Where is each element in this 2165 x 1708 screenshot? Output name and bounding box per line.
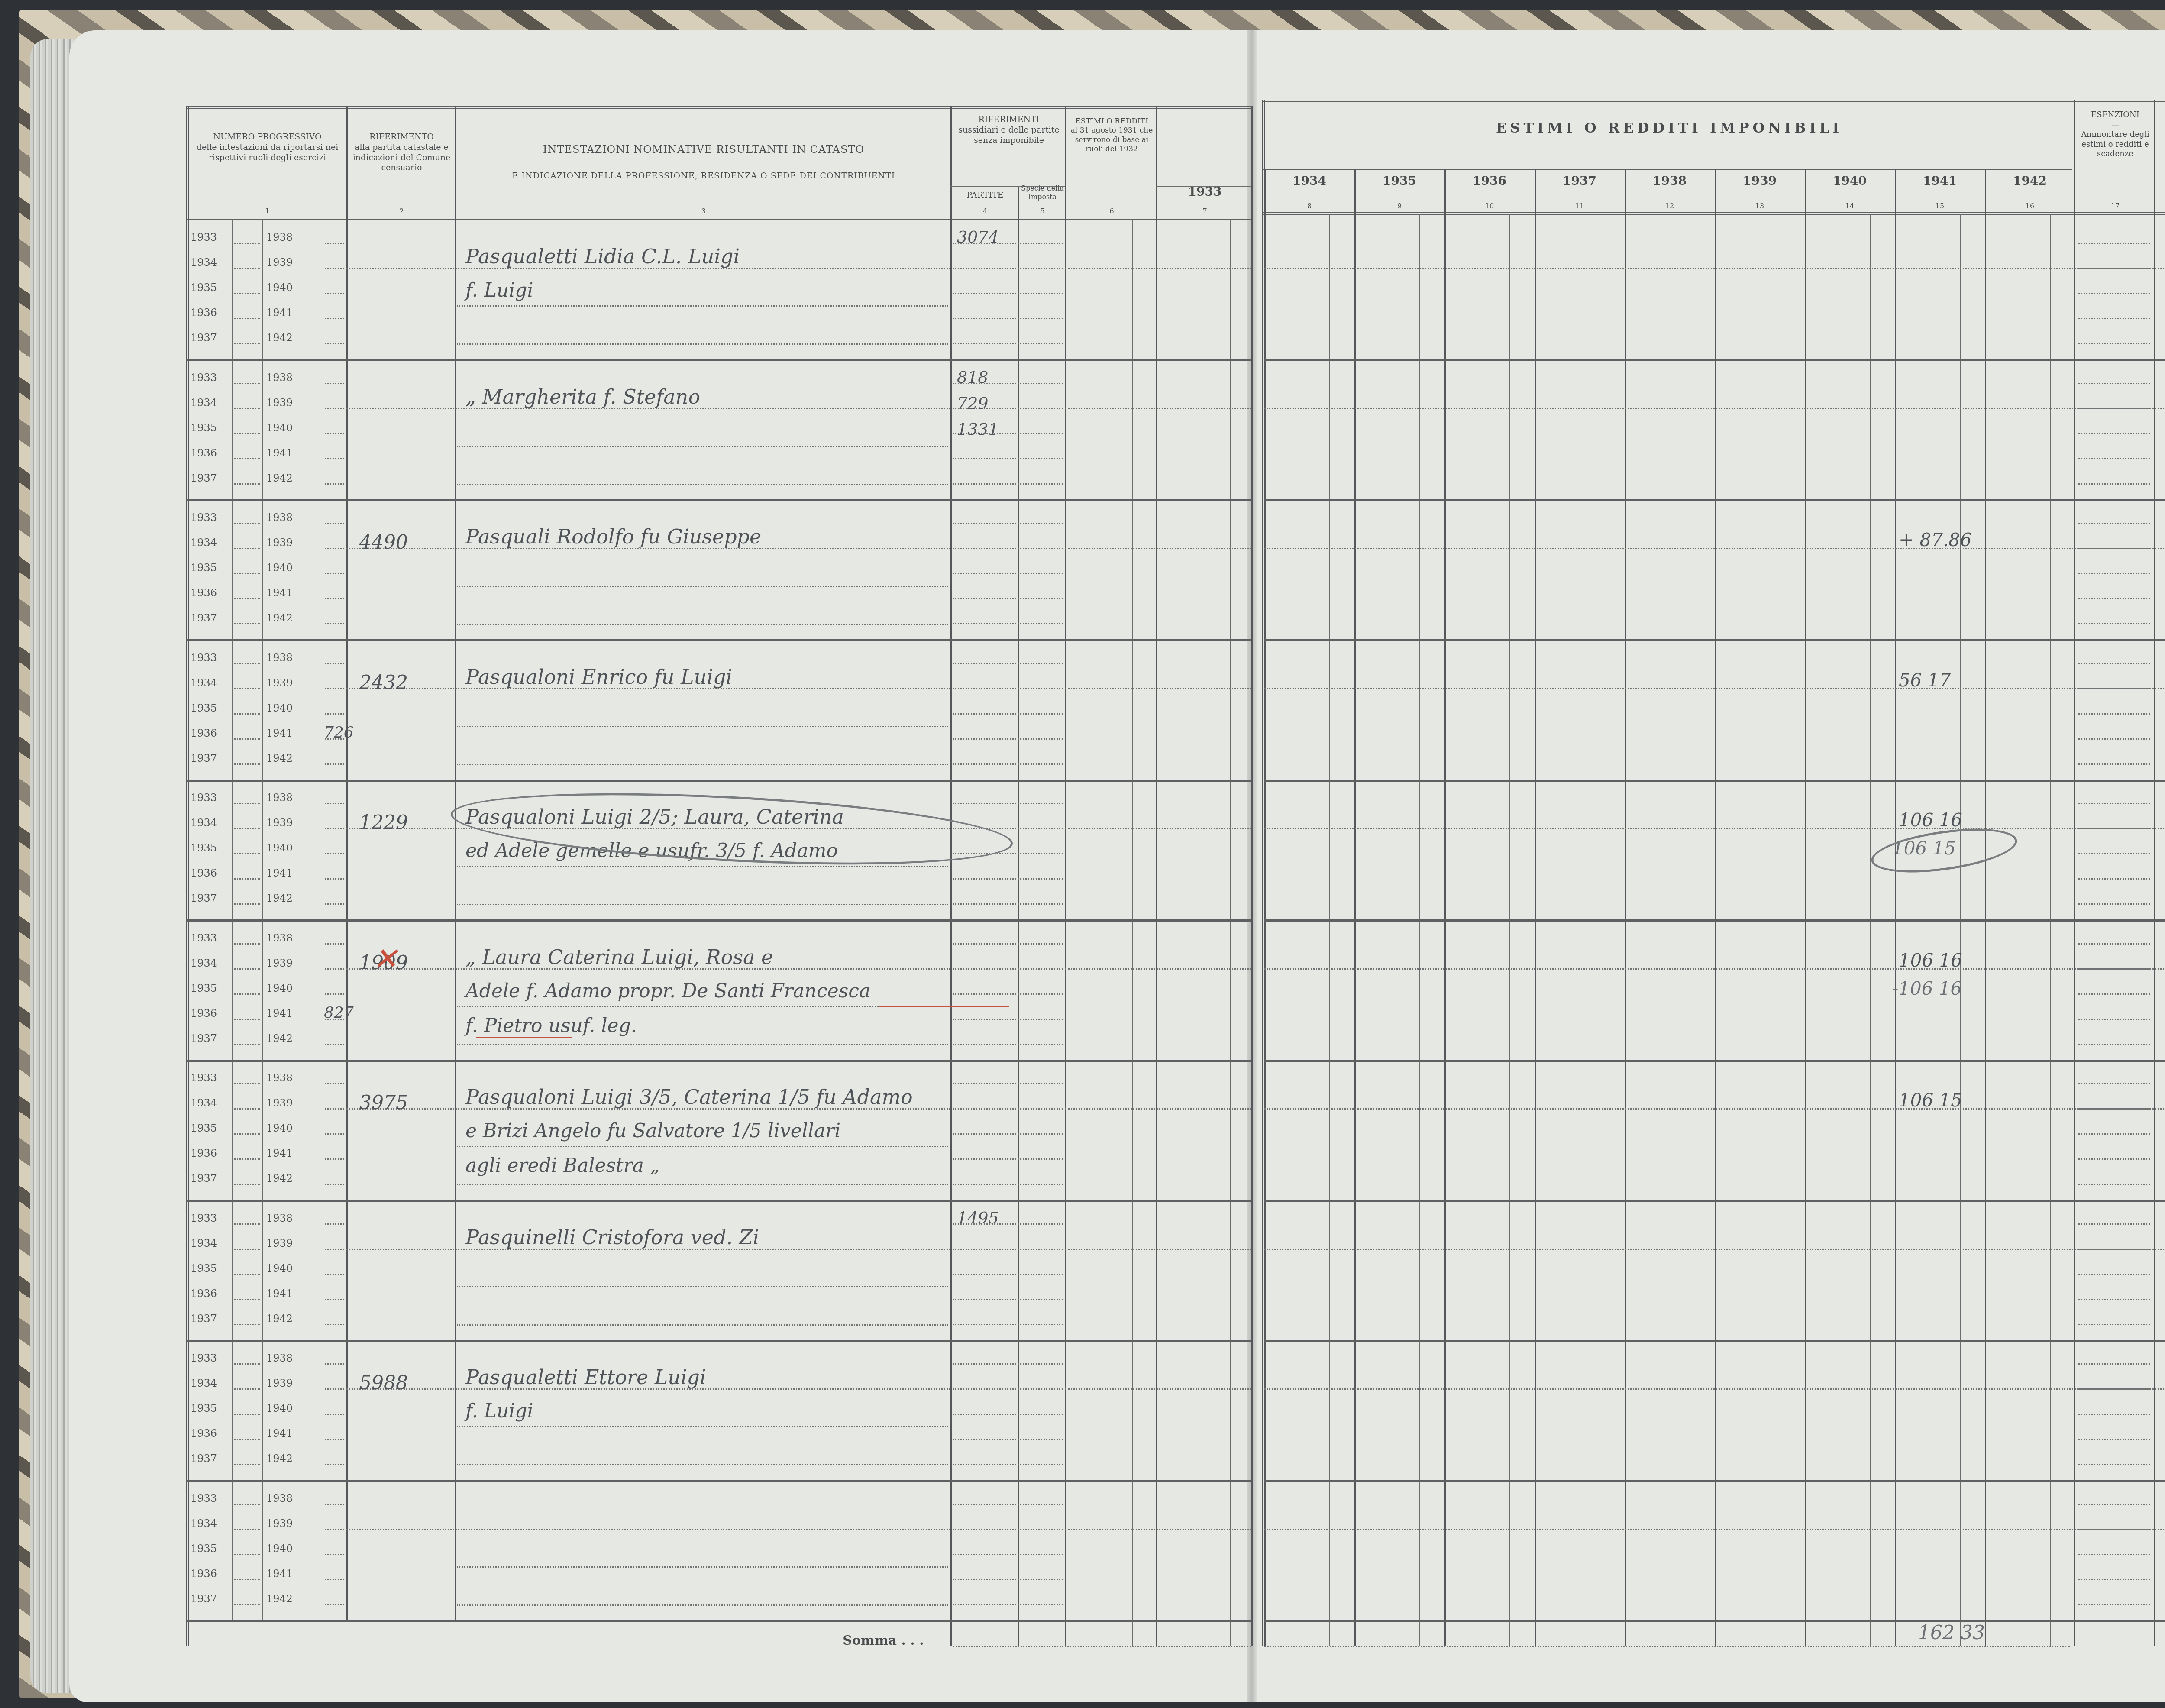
year-label: 1938: [266, 1352, 293, 1364]
year-label: 1939: [266, 1097, 293, 1109]
year-label: 1941: [266, 727, 293, 739]
year-label: 1940: [266, 1262, 293, 1275]
side-mark: 827: [324, 1004, 354, 1022]
year-label: 1935: [191, 1402, 217, 1414]
year-label: 1935: [191, 422, 217, 434]
year-header-1937: 1937: [1535, 173, 1625, 188]
col2-title: RIFERIMENTO: [349, 132, 455, 142]
year-label: 1937: [191, 1172, 217, 1184]
year-column-divider: [1264, 169, 1266, 1646]
owner-name-line3: f. Pietro usuf. leg.: [465, 1015, 637, 1037]
col6-subtitle: al 31 agosto 1931 che servirono di base …: [1067, 126, 1156, 154]
side-mark: 726: [324, 724, 354, 741]
owner-name-line2: f. Luigi: [465, 279, 533, 301]
year-label: 1941: [266, 447, 293, 459]
col3-number: 3: [457, 207, 950, 216]
year-column-divider: [1354, 169, 1356, 1646]
col45-header: RIFERIMENTI sussidiari e delle partite s…: [953, 115, 1065, 146]
year-column-divider: [1535, 169, 1536, 1646]
year-header-1942: 1942: [1985, 173, 2075, 188]
annotazioni-title: ANNOTAZIONI: [2156, 145, 2165, 158]
somma-1941-value: 162 33: [1918, 1622, 1985, 1644]
col5-title: Specie della Imposta: [1020, 184, 1065, 201]
red-strike: [879, 1006, 1009, 1007]
owner-name-line2: Adele f. Adamo propr. De Santi Francesca: [465, 980, 870, 1002]
annotazioni-number: 18: [2156, 202, 2165, 210]
year-label: 1941: [266, 867, 293, 879]
year-label: 1933: [191, 792, 217, 804]
year-header-1940: 1940: [1805, 173, 1895, 188]
year-column-number: 12: [1625, 202, 1715, 210]
esenzioni-number: 17: [2076, 202, 2154, 210]
year-label: 1936: [191, 1287, 217, 1300]
year-label: 1939: [266, 1377, 293, 1389]
year-label: 1941: [266, 307, 293, 319]
year-label: 1937: [191, 1593, 217, 1605]
year-label: 1942: [266, 612, 293, 624]
owner-name-line1: Pasqualoni Enrico fu Luigi: [465, 665, 732, 689]
year-header-1936: 1936: [1444, 173, 1535, 188]
year-label: 1934: [191, 397, 217, 409]
year-label: 1933: [191, 652, 217, 664]
esenzioni-subtitle: Ammontare degli estimi o redditi e scade…: [2076, 130, 2154, 159]
year-label: 1939: [266, 817, 293, 829]
year-label: 1939: [266, 537, 293, 549]
year-label: 1934: [191, 1377, 217, 1389]
year-label: 1940: [266, 281, 293, 294]
value-1941: 106 16: [1899, 809, 1962, 831]
year-label: 1934: [191, 1237, 217, 1249]
partita-number: 4490: [359, 531, 408, 553]
year-label: 1942: [266, 332, 293, 344]
year-label: 1938: [266, 932, 293, 944]
owner-name-line1: Pasqualetti Lidia C.L. Luigi: [465, 245, 740, 268]
year-label: 1937: [191, 472, 217, 484]
year-label: 1933: [191, 932, 217, 944]
red-strike: [476, 1037, 572, 1038]
year-label: 1939: [266, 1237, 293, 1249]
year-label: 1938: [266, 511, 293, 524]
year-label: 1941: [266, 1287, 293, 1300]
year-label: 1935: [191, 562, 217, 574]
cents-divider: [1690, 214, 1690, 1646]
year-label: 1936: [191, 587, 217, 599]
year-column-number: 15: [1895, 202, 1985, 210]
year-label: 1940: [266, 422, 293, 434]
year-column-number: 13: [1715, 202, 1805, 210]
value-1941: 106 16: [1899, 950, 1962, 971]
owner-name-line1: Pasquali Rodolfo fu Giuseppe: [465, 525, 761, 548]
somma-label: Somma . . .: [823, 1633, 944, 1649]
year-label: 1938: [266, 1492, 293, 1504]
year-label: 1933: [191, 1492, 217, 1504]
col6-title: ESTIMI O REDDITI: [1067, 117, 1156, 126]
col1-header: NUMERO PROGRESSIVO delle intestazioni da…: [188, 132, 346, 163]
year-label: 1937: [191, 1452, 217, 1465]
year-label: 1939: [266, 397, 293, 409]
cents-divider: [1600, 214, 1600, 1646]
year-label: 1938: [266, 652, 293, 664]
year-label: 1940: [266, 982, 293, 994]
value-1941: + 87.86: [1899, 529, 1972, 550]
year-label: 1934: [191, 256, 217, 268]
year-label: 1934: [191, 817, 217, 829]
col4-number: 4: [953, 207, 1018, 216]
year-label: 1936: [191, 1427, 217, 1440]
red-x-mark: ✕: [372, 941, 398, 977]
year-label: 1933: [191, 1212, 217, 1224]
year-label: 1933: [191, 372, 217, 384]
year-header-1935: 1935: [1354, 173, 1444, 188]
year-label: 1941: [266, 587, 293, 599]
right-page: [1254, 30, 2165, 1702]
col2-number: 2: [349, 207, 455, 216]
esenzioni-header: ESENZIONI — Ammontare degli estimi o red…: [2076, 110, 2154, 159]
col7-number: 7: [1158, 207, 1251, 216]
col3-subtitle: E INDICAZIONE DELLA PROFESSIONE, RESIDEN…: [457, 171, 950, 181]
year-label: 1934: [191, 537, 217, 549]
cents-divider: [1870, 214, 1871, 1646]
year-label: 1941: [266, 1007, 293, 1019]
year-label: 1942: [266, 1172, 293, 1184]
partita-number: 1229: [359, 812, 408, 834]
year-label: 1933: [191, 511, 217, 524]
year-column-number: 10: [1444, 202, 1535, 210]
year-label: 1936: [191, 447, 217, 459]
year-label: 1941: [266, 1427, 293, 1440]
year-label: 1942: [266, 1313, 293, 1325]
col2-header: RIFERIMENTO alla partita catastale e ind…: [349, 132, 455, 173]
year-label: 1933: [191, 1072, 217, 1084]
col1-title: NUMERO PROGRESSIVO: [188, 132, 346, 142]
year-header-1934: 1934: [1264, 173, 1354, 188]
value-1941: 56 17: [1899, 670, 1951, 691]
owner-name-line1: Pasqualoni Luigi 3/5, Caterina 1/5 fu Ad…: [465, 1085, 913, 1109]
year-column-divider: [1625, 169, 1626, 1646]
year-column-number: 8: [1264, 202, 1354, 210]
year-label: 1940: [266, 562, 293, 574]
col45-subtitle: sussidiari e delle partite senza imponib…: [953, 125, 1065, 146]
year-label: 1933: [191, 1352, 217, 1364]
year-label: 1935: [191, 982, 217, 994]
col4-title: PARTITE: [953, 191, 1018, 201]
year-label: 1937: [191, 752, 217, 764]
cents-divider: [2050, 214, 2051, 1646]
cents-divider: [1780, 214, 1780, 1646]
owner-name-line3: agli eredi Balestra „: [465, 1155, 660, 1177]
year-label: 1941: [266, 1568, 293, 1580]
year-label: 1935: [191, 1543, 217, 1555]
year-column-number: 16: [1985, 202, 2075, 210]
year-column-divider: [1444, 169, 1446, 1646]
year-label: 1935: [191, 702, 217, 714]
year-column-divider: [1985, 169, 1986, 1646]
year-label: 1942: [266, 892, 293, 904]
year-header-1939: 1939: [1715, 173, 1805, 188]
cents-divider: [1419, 214, 1420, 1646]
year-label: 1941: [266, 1147, 293, 1159]
year-label: 1937: [191, 1313, 217, 1325]
year-label: 1937: [191, 1032, 217, 1045]
cents-divider: [1329, 214, 1330, 1646]
year-label: 1936: [191, 307, 217, 319]
esenzioni-dash: —: [2076, 120, 2154, 130]
year-label: 1938: [266, 1072, 293, 1084]
partita-number: 5988: [359, 1372, 408, 1394]
col7-title: 1933: [1158, 184, 1251, 199]
year-label: 1942: [266, 1032, 293, 1045]
year-label: 1935: [191, 281, 217, 294]
col1-number: 1: [188, 207, 346, 216]
year-label: 1934: [191, 1517, 217, 1530]
year-label: 1937: [191, 892, 217, 904]
owner-name-line1: „ Laura Caterina Luigi, Rosa e: [465, 945, 773, 969]
year-label: 1933: [191, 231, 217, 243]
year-label: 1937: [191, 332, 217, 344]
year-label: 1935: [191, 842, 217, 854]
year-column-number: 14: [1805, 202, 1895, 210]
year-label: 1938: [266, 372, 293, 384]
esenzioni-title: ESENZIONI: [2076, 110, 2154, 120]
col45-title: RIFERIMENTI: [953, 115, 1065, 125]
col6-header: ESTIMI O REDDITI al 31 agosto 1931 che s…: [1067, 117, 1156, 154]
col2-subtitle: alla partita catastale e indicazioni del…: [349, 142, 455, 173]
year-label: 1935: [191, 1262, 217, 1275]
riferimento-partita: 1495: [957, 1208, 999, 1227]
year-label: 1936: [191, 867, 217, 879]
year-label: 1934: [191, 677, 217, 689]
year-label: 1934: [191, 1097, 217, 1109]
riferimento-partita: 1331: [957, 420, 999, 439]
col3-title: INTESTAZIONI NOMINATIVE RISULTANTI IN CA…: [457, 143, 950, 156]
partita-number: 2432: [359, 672, 408, 694]
riferimento-partita: 818: [957, 368, 989, 387]
year-header-1941: 1941: [1895, 173, 1985, 188]
value-1941: 106 15: [1899, 1090, 1962, 1111]
year-column-divider: [1805, 169, 1806, 1646]
year-label: 1936: [191, 1007, 217, 1019]
riferimento-partita: 729: [957, 394, 989, 413]
cents-divider: [1960, 214, 1961, 1646]
year-label: 1934: [191, 957, 217, 969]
partita-number: 3975: [359, 1092, 408, 1114]
col5-number: 5: [1020, 207, 1065, 216]
year-column-divider: [1895, 169, 1896, 1646]
year-column-divider: [1715, 169, 1716, 1646]
year-label: 1942: [266, 472, 293, 484]
year-label: 1937: [191, 612, 217, 624]
col6-number: 6: [1067, 207, 1156, 216]
cents-divider: [1509, 214, 1510, 1646]
year-label: 1938: [266, 231, 293, 243]
year-label: 1940: [266, 1122, 293, 1134]
year-label: 1940: [266, 1543, 293, 1555]
year-label: 1940: [266, 842, 293, 854]
year-label: 1939: [266, 677, 293, 689]
year-column-number: 11: [1535, 202, 1625, 210]
year-label: 1939: [266, 1517, 293, 1530]
owner-name-line1: Pasqualetti Ettore Luigi: [465, 1365, 706, 1389]
riferimento-partita: 3074: [957, 227, 999, 246]
year-column-number: 9: [1354, 202, 1444, 210]
value-1941-secondary: -106 16: [1892, 978, 1962, 999]
year-label: 1942: [266, 752, 293, 764]
year-label: 1936: [191, 1568, 217, 1580]
owner-name-line2: f. Luigi: [465, 1400, 533, 1422]
year-label: 1942: [266, 1452, 293, 1465]
year-label: 1940: [266, 702, 293, 714]
year-label: 1935: [191, 1122, 217, 1134]
year-label: 1936: [191, 727, 217, 739]
owner-name-line1: Pasquinelli Cristofora ved. Zi: [465, 1226, 759, 1249]
year-label: 1939: [266, 256, 293, 268]
year-label: 1942: [266, 1593, 293, 1605]
year-label: 1936: [191, 1147, 217, 1159]
owner-name-line2: e Brizi Angelo fu Salvatore 1/5 livellar…: [465, 1120, 840, 1142]
year-label: 1938: [266, 1212, 293, 1224]
col1-subtitle: delle intestazioni da riportarsi nei ris…: [188, 142, 346, 163]
year-label: 1938: [266, 792, 293, 804]
estimi-group-title: ESTIMI O REDDITI IMPONIBILI: [1264, 119, 2074, 136]
year-label: 1939: [266, 957, 293, 969]
year-header-1938: 1938: [1625, 173, 1715, 188]
owner-name-line1: „ Margherita f. Stefano: [465, 385, 700, 408]
year-label: 1940: [266, 1402, 293, 1414]
